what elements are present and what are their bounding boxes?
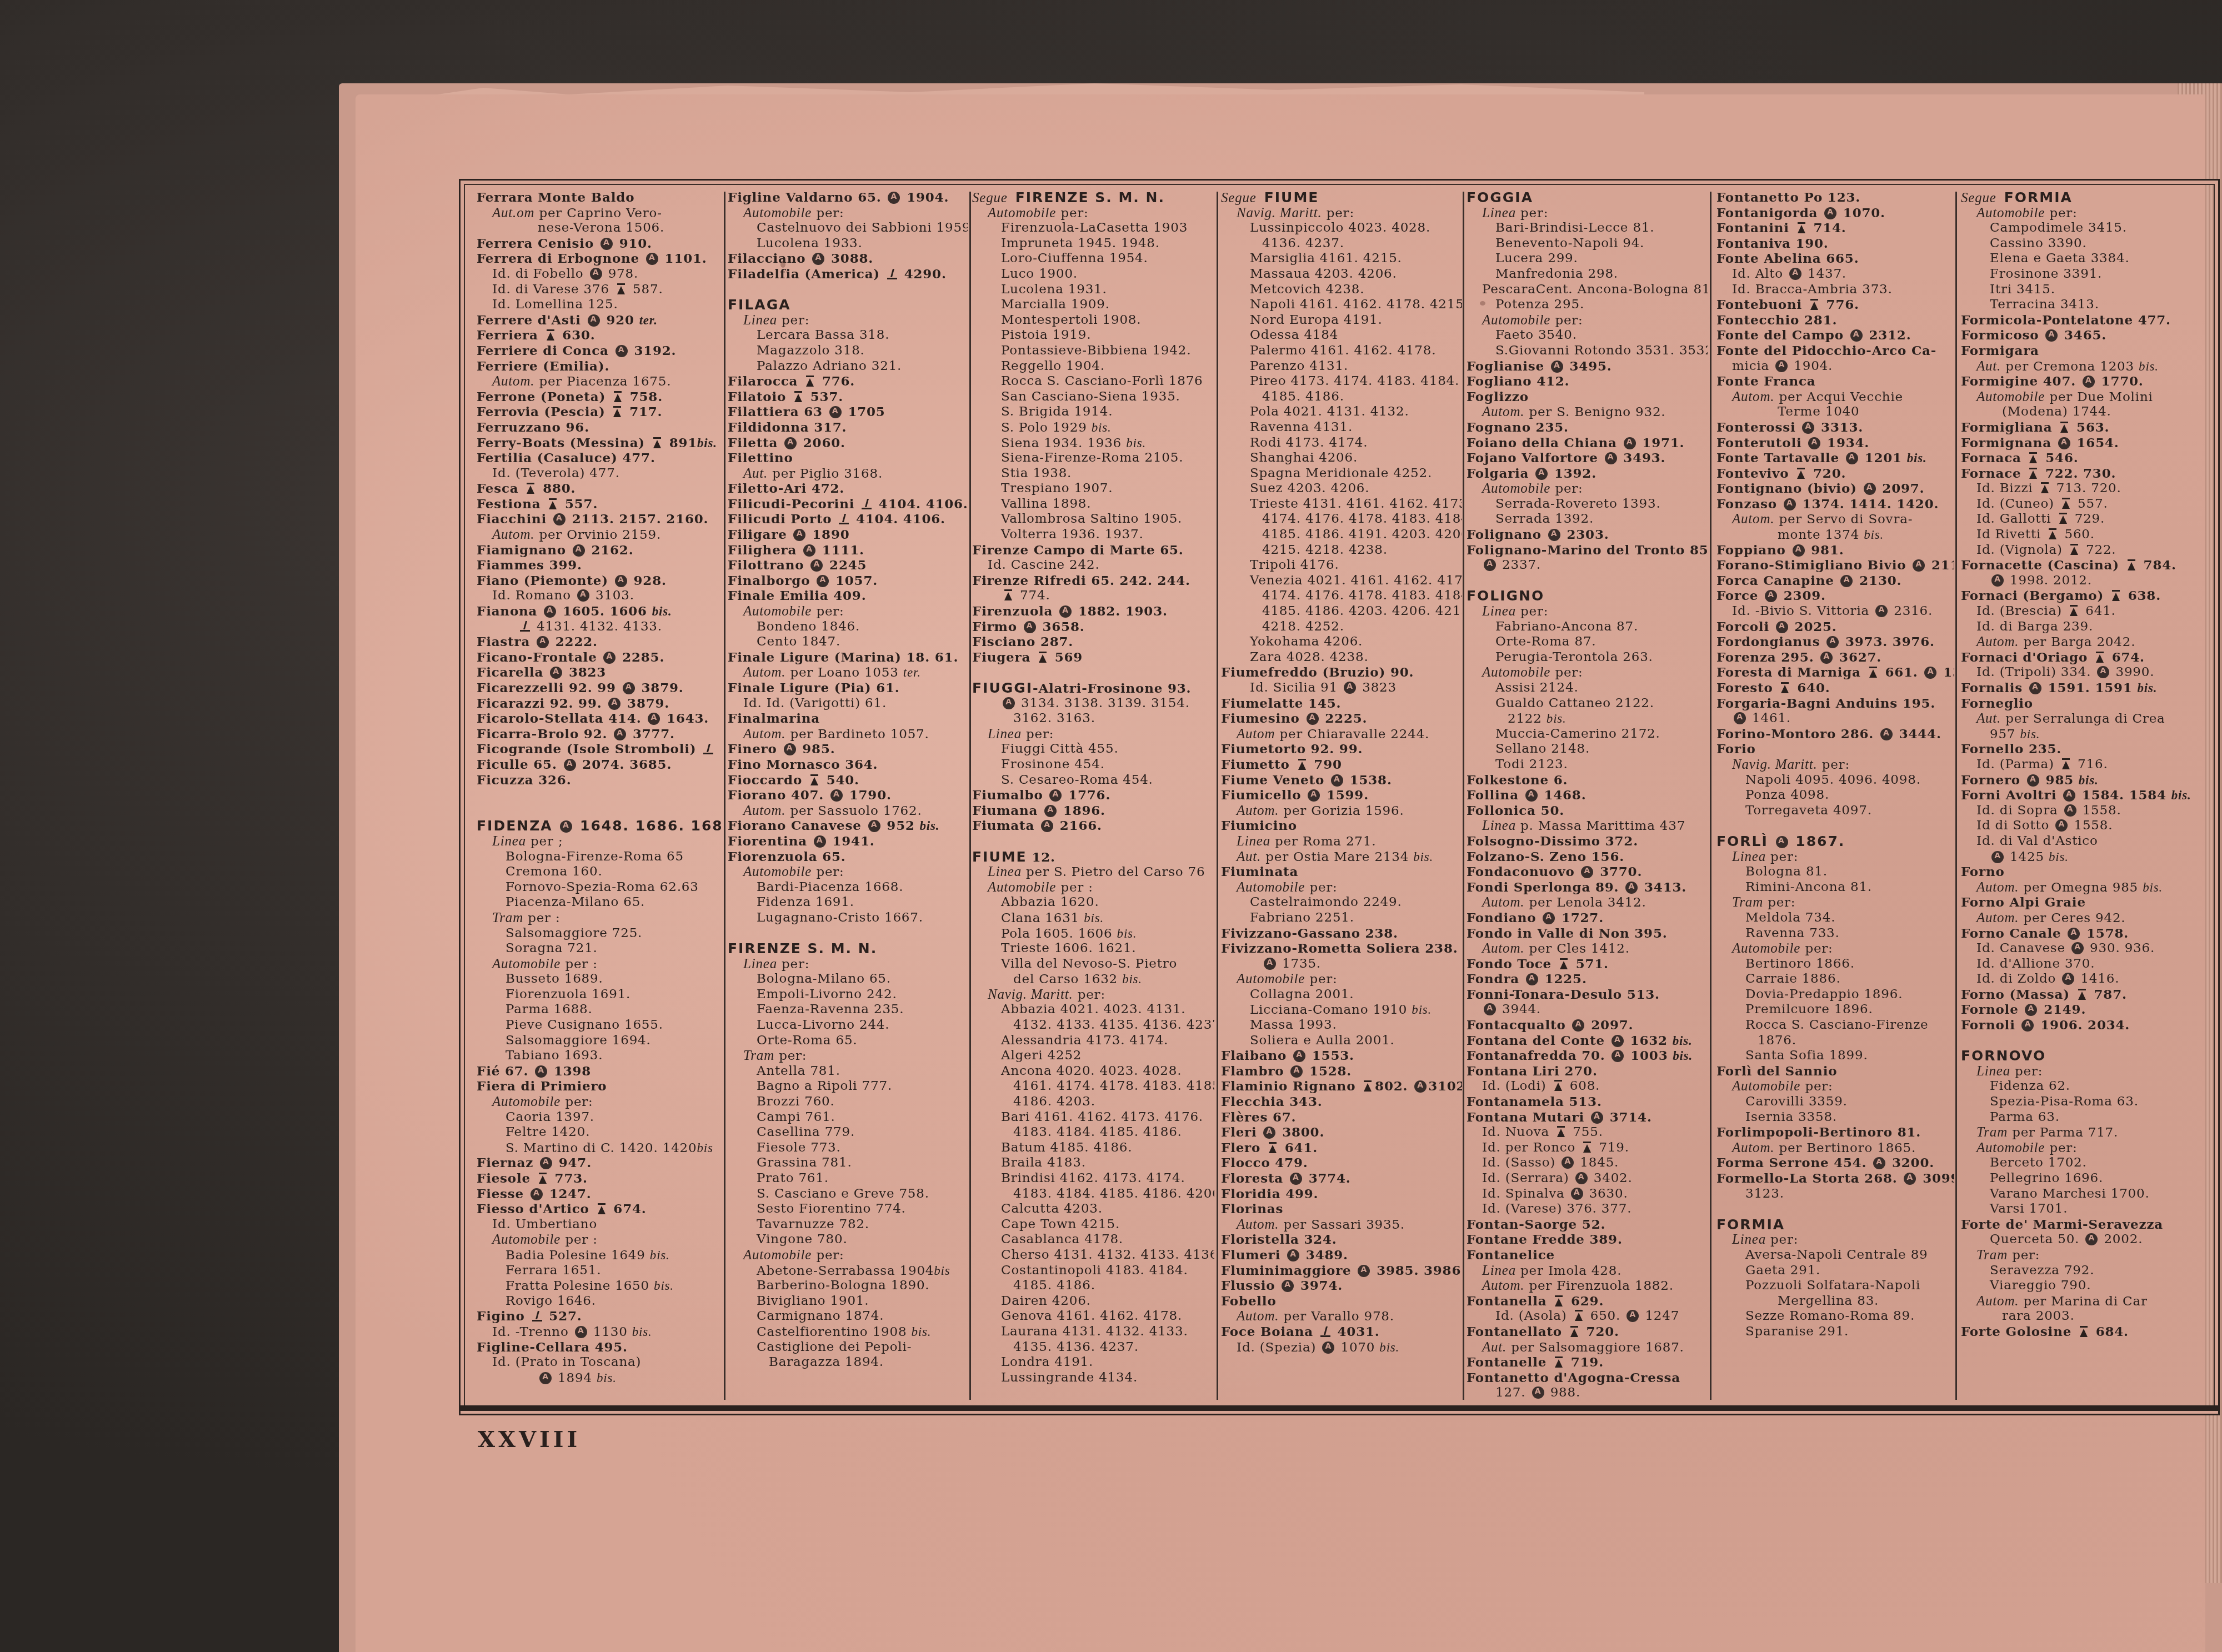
station-entry: Firmo 3658. [972,619,1214,635]
autobus-icon [1543,912,1555,924]
sub-entry: Aut.om per Caprino Vero- [477,206,721,221]
station-entry: Fondo in Valle di Non 395. [1467,926,1708,942]
tram-icon [1779,682,1790,694]
sub-entry: Nord Europa 4191. [1221,313,1462,328]
sub-entry: Id. Gallotti 729. [1961,512,2211,527]
station-entry: Fiumefreddo (Bruzio) 90. [1221,665,1462,680]
tram-icon [652,437,663,449]
sub-entry: Automobile per: [728,1248,968,1263]
tram-icon [596,1203,607,1215]
sub-entry: Stia 1938. [972,466,1214,482]
autobus-icon [1263,1127,1275,1139]
autobus-icon [550,667,562,679]
station-entry: Fiugera 569 [972,650,1214,665]
station-entry: Fluminimaggiore 3985. 3986. [1221,1263,1462,1279]
suffix-italic: bis [934,1264,950,1278]
sub-entry: Trespiano 1907. [972,481,1214,497]
sub-entry: Abetone-Serrabassa 1904bis [728,1263,968,1279]
sub-entry: Parma 63. [1961,1110,2211,1125]
station-entry: Fontaniva 190. [1716,236,1954,252]
sub-entry: Prato 761. [728,1171,968,1187]
sub-entry: 4183. 4184. 4185. 4186. 4206. [972,1187,1214,1202]
station-entry: Fiammes 399. [477,558,721,573]
suffix-italic: bis. [1117,927,1137,940]
sub-entry: Automobile per: [1961,206,2211,221]
sub-entry: Firenzuola-LaCasetta 1903 [972,221,1214,236]
sub-entry: Automobile per: [1961,1140,2211,1156]
sub-entry: Automobile per: [728,864,968,880]
station-entry: Forcoli 2025. [1716,619,1954,635]
autobus-icon [1991,851,2004,863]
sub-entry: Id. di Fobello 978. [477,267,721,282]
sub-entry: Autom. per Lenola 3412. [1467,895,1708,910]
sub-entry: Frosinone 454. [972,757,1214,773]
sub-entry: rara 2003. [1961,1309,2211,1324]
sub-entry: S. Brigida 1914. [972,404,1214,420]
station-entry: Fognano 235. [1467,420,1708,435]
suffix-italic: bis. [2079,773,2099,787]
sub-entry: S. Casciano e Greve 758. [728,1187,968,1202]
transport-mode-label: Linea [1237,834,1270,849]
sub-entry: Abbazia 4021. 4023. 4131. [972,1002,1214,1018]
sub-entry: Trieste 1606. 1621. [972,941,1214,957]
station-entry: Folzano-S. Zeno 156. [1467,849,1708,865]
tram-icon [1796,222,1807,234]
continued-heading: SegueFIUME [1221,190,1462,206]
sub-entry: Soragna 721. [477,941,721,957]
station-entry: Ferriera 630. [477,328,721,343]
sub-entry: Gualdo Cattaneo 2122. [1467,696,1708,712]
station-entry: Firenzuola 1882. 1903. [972,604,1214,619]
transport-mode-label: Linea [1482,818,1516,833]
sub-entry: Id. Alto 1437. [1716,267,1954,282]
station-entry: Fiamignano 2162. [477,543,721,558]
station-entry: Fornalis 1591. 1591 bis. [1961,680,2211,696]
sub-entry: Tabiano 1693. [477,1048,721,1064]
city-heading: FOGGIA [1467,190,1708,206]
station-entry: Forno [1961,864,2211,880]
sub-entry: Massa 1993. [1221,1018,1462,1033]
sub-entry: Pistoia 1919. [972,328,1214,343]
station-entry: Foppiano 981. [1716,543,1954,558]
sub-entry: Automobile per : [477,1232,721,1248]
sub-entry: Lucolena 1931. [972,282,1214,298]
sub-entry: Meldola 734. [1716,910,1954,926]
tram-icon [1553,1295,1564,1308]
sub-entry: Autom. per Ceres 942. [1961,910,2211,926]
suffix-italic: bis. [911,1325,931,1339]
autobus-icon [1591,1112,1603,1124]
autobus-icon [1287,1249,1299,1261]
sub-entry: Autom. per Omegna 985 bis. [1961,880,2211,895]
sub-entry: Campodimele 3415. [1961,221,2211,236]
sub-entry: Autom. per Bertinoro 1865. [1716,1140,1954,1156]
station-entry: Firenze Rifredi 65. 242. 244. [972,573,1214,589]
sub-entry: Grassina 781. [728,1155,968,1171]
sub-entry: Vingone 780. [728,1232,968,1248]
sub-entry: Fiorenzuola 1691. [477,987,721,1003]
sub-entry: 4132. 4133. 4135. 4136. 4237. [972,1018,1214,1033]
transport-mode-label: Linea [988,864,1022,879]
sub-entry: Bertinoro 1866. [1716,957,1954,972]
autobus-icon [784,743,796,755]
autobus-icon [1875,605,1888,617]
station-entry: Filarocca 776. [728,374,968,389]
transport-mode-label: Aut.om [492,206,534,221]
transport-mode-label: Automobile [743,864,812,879]
sub-entry: Varano Marchesi 1700. [1961,1187,2211,1202]
transport-mode-label: Tram [743,1048,774,1063]
transport-mode-label: Tram [1732,895,1763,910]
station-entry: Filetto-Ari 472. [728,481,968,497]
sub-entry: Brozzi 760. [728,1094,968,1110]
sub-entry: Palazzo Adriano 321. [728,359,968,374]
sub-entry: Suez 4203. 4206. [1221,481,1462,497]
transport-mode-label: Linea [1482,1263,1516,1278]
station-entry: Forlì del Sannio [1716,1064,1954,1079]
suffix-italic: bis. [1673,1049,1693,1063]
sub-entry: Busseto 1689. [477,972,721,987]
station-entry: Fertilia (Casaluce) 477. [477,450,721,466]
station-entry: Forca Canapine 2130. [1716,573,1954,589]
station-entry: Fleri 3800. [1221,1125,1462,1140]
station-entry: Finale Emilia 409. [728,588,968,604]
transport-mode-label: Autom. [492,374,534,389]
station-entry: Floridia 499. [1221,1187,1462,1202]
ship-icon [532,1310,543,1323]
city-heading: FORNOVO [1961,1048,2211,1064]
sub-entry: Berceto 1702. [1961,1155,2211,1171]
station-entry: Fonte del Pidocchio-Arco Ca- [1716,343,1954,359]
sub-entry: Bologna-Milano 65. [728,972,968,987]
sub-entry: Autom. per Acqui Vecchie [1716,389,1954,405]
autobus-icon [1572,1019,1584,1032]
autobus-icon [535,1065,547,1078]
tram-icon [804,376,815,388]
station-entry: Ferry-Boats (Messina) 891bis. [477,435,721,451]
sub-entry: Casellina 779. [728,1125,968,1140]
station-entry: Fiumalbo 1776. [972,788,1214,803]
spacer [477,803,721,819]
sub-entry: Frosinone 3391. [1961,267,2211,282]
station-entry: Fontebuoni 776. [1716,297,1954,313]
station-entry: Finero 985. [728,742,968,757]
autobus-icon [1290,1065,1303,1078]
sub-entry: 4135. 4136. 4237. [972,1340,1214,1355]
station-entry: Fesca 880. [477,481,721,497]
transport-mode-label: Autom. [1237,1217,1279,1232]
sub-entry: Elena e Gaeta 3384. [1961,251,2211,267]
sub-entry: Autom. per Sassuolo 1762. [728,803,968,819]
sub-entry: Aut. per Cremona 1203 bis. [1961,359,2211,374]
sub-entry: Autom. per Servo di Sovra- [1716,512,1954,527]
tram-icon [547,498,558,510]
station-entry: Fontecchio 281. [1716,313,1954,328]
autobus-icon [1846,452,1858,464]
autobus-icon [1581,866,1593,878]
sub-entry: Id. Bizzi 713. 720. [1961,481,2211,497]
transport-mode-label: Autom [1237,727,1275,742]
autobus-icon [2083,376,2095,388]
sub-entry: Fabriano 2251. [1221,910,1462,926]
sub-entry: Braila 4183. [972,1155,1214,1171]
sub-entry: Cape Town 4215. [972,1217,1214,1233]
autobus-icon [575,1326,587,1338]
station-entry: Fontana Mutari 3714. [1467,1110,1708,1125]
transport-mode-label: Autom. [1732,512,1774,527]
city-heading-name: FORMIA [2004,190,2073,206]
index-column-7: SegueFORMIAAutomobile per:Campodimele 34… [1961,190,2211,1401]
sub-entry: Autom. per Orvinio 2159. [477,527,721,543]
autobus-icon [2064,804,2076,817]
autobus-icon [1775,360,1788,372]
column-divider [1710,192,1711,1400]
tram-icon [1868,667,1879,679]
sub-entry: Clana 1631 bis. [972,910,1214,926]
autobus-icon [1627,1310,1639,1322]
station-entry: Fornacette (Cascina) 784. [1961,558,2211,573]
autobus-icon [603,652,615,664]
sub-entry: Autom. per Cles 1412. [1467,941,1708,957]
sub-entry: 1876. [1716,1033,1954,1049]
station-entry: Fontanelle 719. [1467,1355,1708,1370]
sub-entry: Licciana-Comano 1910 bis. [1221,1002,1462,1018]
sub-entry: Id. di Val d'Astico [1961,834,2211,849]
transport-mode-label: Aut. [1482,1340,1507,1355]
sub-entry: 1425 bis. [1961,849,2211,865]
autobus-icon [1924,667,1936,679]
station-entry: Formicola-Pontelatone 477. [1961,313,2211,328]
suffix-italic: bis. [1379,1340,1399,1354]
station-entry: Fildidonna 317. [728,420,968,435]
sub-entry: Id. d'Allione 370. [1961,957,2211,972]
sub-entry: Linea per Imola 428. [1467,1263,1708,1279]
station-entry: Foresto 640. [1716,680,1954,696]
sub-entry: Id. di Zoldo 1416. [1961,972,2211,987]
station-entry: Formicoso 3465. [1961,328,2211,343]
station-entry: Formignana 1654. [1961,435,2211,451]
transport-mode-label: Linea [743,313,777,328]
sub-entry: Automobile per: [477,1094,721,1110]
sub-entry: Id. Lomellina 125. [477,297,721,313]
suffix-italic: bis. [2143,880,2163,894]
index-column-6: Fontanetto Po 123.Fontanigorda 1070.Font… [1716,190,1954,1401]
sub-entry: Autom. per Marina di Car [1961,1294,2211,1309]
transport-mode-label: Autom. [1482,1278,1524,1293]
station-entry: Fiorano 407. 1790. [728,788,968,803]
station-entry: Fonte Abelina 665. [1716,251,1954,267]
autobus-icon [1331,774,1343,787]
autobus-icon [1904,1173,1916,1185]
sub-entry: Autom. per Sassari 3935. [1221,1217,1462,1233]
station-entry: Festiona 557. [477,497,721,512]
sub-entry: Id. (Brescia) 641. [1961,604,2211,619]
sub-entry: Linea per Roma 271. [1221,834,1462,849]
station-entry: Forte Golosine 684. [1961,1324,2211,1340]
transport-mode-label: Navig. Maritt. [1237,206,1322,221]
station-entry: Fiorenzuola 65. [728,849,968,865]
sub-entry: San Casciano-Siena 1935. [972,389,1214,405]
transport-mode-label: Autom. [1976,910,2019,925]
suffix-italic: bis. [697,436,717,450]
sub-entry: Lucca-Livorno 244. [728,1018,968,1033]
sub-entry: Castelfiorentino 1908 bis. [728,1324,968,1340]
spacer [1716,1202,1954,1217]
sub-entry: Reggello 1904. [972,359,1214,374]
sub-entry: 3162. 3163. [972,711,1214,727]
station-entry: Force 2309. [1716,588,1954,604]
station-entry: Fiesse 1247. [477,1187,721,1202]
tram-icon [1582,1142,1593,1154]
autobus-icon [1548,529,1560,541]
station-entry: Fornaca 546. [1961,450,2211,466]
autobus-icon [2071,942,2084,954]
sub-entry: Villa del Nevoso-S. Pietro [972,957,1214,972]
suffix-italic: bis. [2171,788,2191,802]
sub-entry: Volterra 1936. 1937. [972,527,1214,543]
city-heading-name: FIUME [1264,190,1319,206]
station-entry: Fiumicello 1599. [1221,788,1462,803]
transport-mode-label: Autom. [743,727,785,742]
tram-icon [2078,1326,2089,1338]
station-entry: Flaminio Rignano 802. 3102 [1221,1079,1462,1094]
sub-entry: Badia Polesine 1649 bis. [477,1248,721,1263]
sub-entry: Casablanca 4178. [972,1232,1214,1248]
station-entry: Fontan-Saorge 52. [1467,1217,1708,1233]
station-entry: Filattiera 63 1705 [728,404,968,420]
transport-mode-label: Automobile [1482,481,1550,496]
sub-entry: Id. (Lodi) 608. [1467,1079,1708,1094]
sub-entry: Parma 1688. [477,1002,721,1018]
sub-entry: 4218. 4252. [1221,619,1462,635]
sub-entry: Autom. per S. Benigno 932. [1467,404,1708,420]
station-entry: Floristella 324. [1221,1232,1462,1248]
sub-entry: (Modena) 1744. [1961,404,2211,420]
transport-mode-label: Autom. [1732,1140,1774,1155]
sub-entry: Autom. per Piacenza 1675. [477,374,721,389]
autobus-icon [1824,207,1836,219]
sub-entry: Automobile per: [1467,481,1708,497]
autobus-icon [812,253,824,265]
tram-icon [1297,759,1308,771]
autobus-icon [1551,361,1563,373]
sub-entry: Napoli 4161. 4162. 4178. 4215. [1221,297,1462,313]
station-entry: Forenza 295. 3627. [1716,650,1954,665]
sub-entry: Rimini-Ancona 81. [1716,880,1954,895]
sub-entry: Bondeno 1846. [728,619,968,635]
autobus-icon [544,605,556,618]
suffix-italic: bis. [2137,681,2157,695]
suffix-italic: bis. [1122,972,1142,986]
station-entry: Follonica 50. [1467,803,1708,819]
sub-entry: Automobile per: [728,206,968,221]
sub-entry: Terme 1040 [1716,404,1954,420]
autobus-icon [1322,1341,1334,1354]
station-entry: Forino-Montoro 286. 3444. [1716,727,1954,742]
sub-entry: Linea per: [728,957,968,972]
sub-entry: Autom. per Loano 1053 ter. [728,665,968,680]
station-entry: Ficarezzelli 92. 99 3879. [477,680,721,696]
sub-entry: Aut. per Ostia Mare 2134 bis. [1221,849,1462,865]
station-entry: Fioccardo 540. [728,773,968,788]
station-entry: Flecchia 343. [1221,1094,1462,1110]
autobus-icon [1532,1386,1544,1399]
index-column-1: Ferrara Monte BaldoAut.om per Caprino Ve… [477,190,721,1401]
station-entry: Fonterossi 3313. [1716,420,1954,435]
sub-entry: Id. Romano 3103. [477,588,721,604]
autobus-icon [1414,1080,1427,1093]
sub-entry: Id. Spinalva 3630. [1467,1187,1708,1202]
station-entry: Fontanafredda 70. 1003 bis. [1467,1048,1708,1064]
column-divider [969,192,971,1400]
sub-entry: Id. (Spezia) 1070 bis. [1221,1340,1462,1355]
station-entry: Fontanigorda 1070. [1716,206,1954,221]
station-entry: Fontignano (bivio) 2097. [1716,481,1954,497]
tram-icon [537,1173,548,1185]
station-entry: Fiera di Primiero [477,1079,721,1094]
sub-entry: Autom. per Barga 2042. [1961,634,2211,650]
station-entry: Fondra 1225. [1467,972,1708,987]
tram-icon [2094,652,2105,664]
transport-mode-label: Autom. [1732,389,1774,404]
autobus-icon [1282,1280,1294,1292]
sub-entry: 1461. [1716,711,1954,727]
station-entry: Fornaci d'Oriago 674. [1961,650,2211,665]
station-entry: Fontana del Conte 1632 bis. [1467,1033,1708,1049]
sub-entry: Tavarnuzze 782. [728,1217,968,1233]
suffix-italic: ter. [639,313,658,327]
sub-entry: Bari-Brindisi-Lecce 81. [1467,221,1708,236]
station-entry: Ferrone (Poneta) 758. [477,389,721,405]
sub-entry: Fidenza 1691. [728,895,968,910]
transport-mode-label: Automobile [988,206,1056,221]
city-heading: FIRENZE S. M. N. [728,941,968,957]
sub-entry: Loro-Ciuffenna 1954. [972,251,1214,267]
page-number: XXVIII [478,1426,580,1453]
autobus-icon [2063,789,2075,802]
sub-entry: Bivigliano 1901. [728,1294,968,1309]
sub-entry: Linea per: [972,727,1214,742]
autobus-icon [2062,973,2074,985]
sub-entry: Batum 4185. 4186. [972,1140,1214,1156]
sub-entry: Id. (Parma) 716. [1961,757,2211,773]
tram-icon [2069,544,2080,556]
sub-entry: Feltre 1420. [477,1125,721,1140]
transport-mode-label: Linea [492,834,526,849]
sub-entry: del Carso 1632 bis. [972,972,1214,987]
transport-mode-label: Automobile [1482,313,1550,328]
autobus-icon [1264,958,1276,970]
autobus-icon [600,238,613,250]
station-entry: Folignano 2303. [1467,527,1708,543]
suffix-italic: bis [697,1141,713,1155]
sub-entry: Pola 1605. 1606 bis. [972,926,1214,942]
sub-entry: micia 1904. [1716,359,1954,374]
sub-entry: Brindisi 4162. 4173. 4174. [972,1171,1214,1187]
sub-entry: Id. di Varese 376 587. [477,282,721,298]
sub-entry: Autom. per Varallo 978. [1221,1309,1462,1324]
autobus-icon [1873,1157,1885,1169]
sub-entry: 3944. [1467,1002,1708,1018]
column-divider [724,192,725,1400]
sub-entry: Costantinopoli 4183. 4184. [972,1263,1214,1279]
transport-mode-label: Automobile [492,1232,560,1247]
transport-mode-label: Autom. [1482,895,1524,910]
station-entry: Forlimpopoli-Bertinoro 81. [1716,1125,1954,1140]
autobus-icon [1826,636,1839,648]
station-entry: Foiano della Chiana 1971. [1467,435,1708,451]
autobus-icon [1991,574,2004,587]
